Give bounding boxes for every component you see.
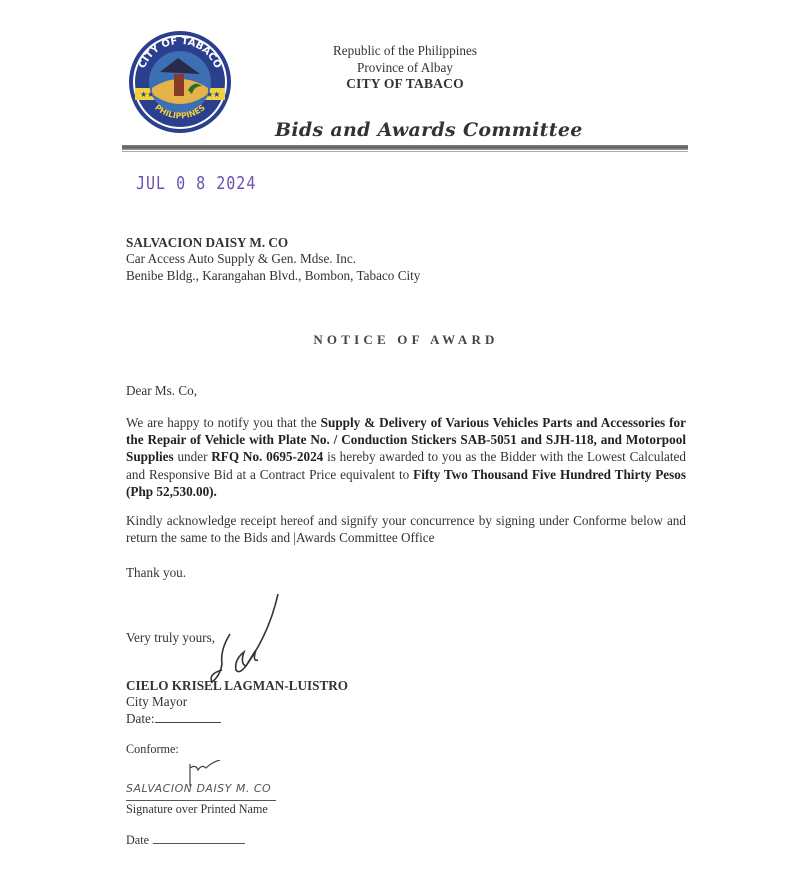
signatory-date-blank — [155, 711, 221, 723]
svg-text:★★: ★★ — [206, 90, 220, 99]
republic-line: Republic of the Philippines — [250, 43, 560, 60]
addressee-block: SALVACION DAISY M. CO Car Access Auto Su… — [126, 235, 420, 284]
award-under: under — [174, 449, 212, 464]
award-intro: We are happy to notify you that the — [126, 415, 321, 430]
signatory-date-label: Date: — [126, 711, 155, 726]
acknowledge-paragraph: Kindly acknowledge receipt hereof and si… — [126, 512, 686, 546]
signatory-position: City Mayor — [126, 694, 348, 710]
conforme-date-blank — [153, 833, 245, 844]
conforme-date: Date — [126, 833, 245, 848]
conforme-label: Conforme: — [126, 742, 179, 757]
addressee-address: Benibe Bldg., Karangahan Blvd., Bombon, … — [126, 268, 420, 284]
addressee-company: Car Access Auto Supply & Gen. Mdse. Inc. — [126, 251, 420, 267]
award-paragraph: We are happy to notify you that the Supp… — [126, 414, 686, 500]
city-seal-logo: CITY OF TABACO PHILIPPINES ★★ ★★ — [126, 30, 234, 134]
header-divider — [122, 145, 688, 150]
city-seal-icon: CITY OF TABACO PHILIPPINES ★★ ★★ — [126, 30, 234, 134]
city-line: CITY OF TABACO — [250, 76, 560, 93]
signatory-name: CIELO KRISEL LAGMAN-LUISTRO — [126, 678, 348, 694]
header-divider-thin — [122, 151, 688, 152]
letterhead-text: Republic of the Philippines Province of … — [250, 43, 560, 93]
signatory-block: CIELO KRISEL LAGMAN-LUISTRO City Mayor D… — [126, 678, 348, 727]
signature-line — [126, 800, 276, 801]
conforme-date-label: Date — [126, 833, 149, 847]
mayor-signature-icon — [200, 590, 290, 690]
committee-name: Bids and Awards Committee — [275, 119, 583, 141]
thanks-line: Thank you. — [126, 565, 186, 581]
province-line: Province of Albay — [250, 60, 560, 77]
conforme-handwritten-name: SALVACION DAISY M. CO — [126, 782, 271, 795]
document-title: NOTICE OF AWARD — [0, 332, 794, 348]
salutation: Dear Ms. Co, — [126, 383, 197, 399]
svg-text:★★: ★★ — [140, 90, 154, 99]
signature-caption: Signature over Printed Name — [126, 802, 268, 817]
signatory-date: Date: — [126, 711, 348, 727]
received-date-stamp: JUL 0 8 2024 — [136, 172, 256, 194]
rfq-number: RFQ No. 0695-2024 — [211, 449, 323, 464]
addressee-name: SALVACION DAISY M. CO — [126, 235, 420, 251]
